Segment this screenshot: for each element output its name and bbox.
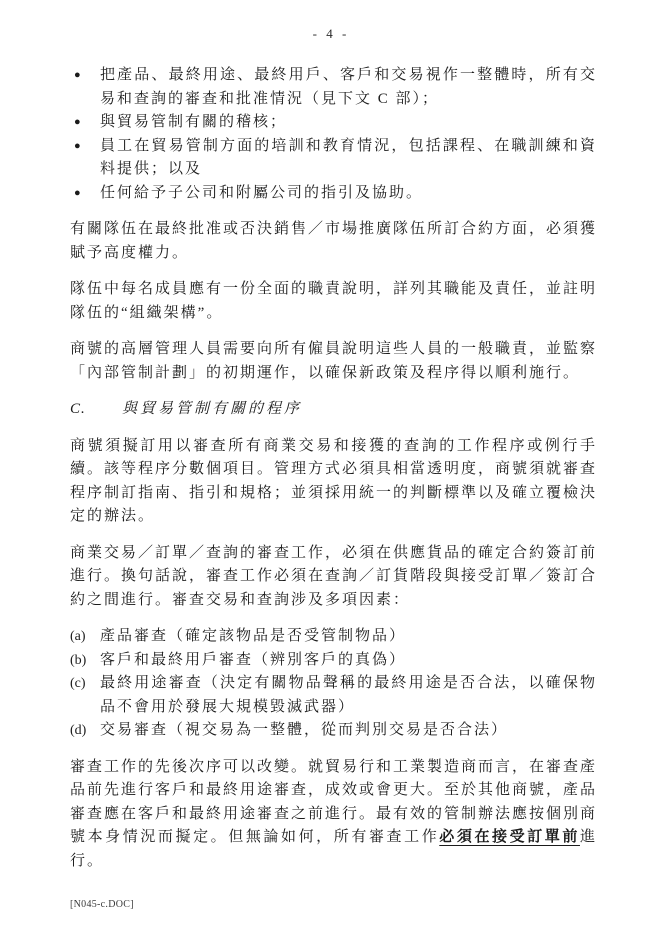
lettered-item-b: (b) 客戶和最終用戶審查（辨別客戶的真偽）	[70, 649, 597, 673]
bullet-item: ● 任何給予子公司和附屬公司的指引及協助。	[70, 182, 597, 206]
bullet-list: ● 把產品、最終用途、最終用戶、客戶和交易視作一整體時，所有交易和查詢的審查和批…	[70, 64, 597, 205]
bullet-icon: ●	[70, 64, 100, 88]
lettered-text: 最終用途審查（決定有關物品聲稱的最終用途是否合法，以確保物品不會用於發展大規模毀…	[100, 672, 597, 719]
section-c-heading: C. 與貿易管制有關的程序	[70, 398, 597, 422]
section-c-title: 與貿易管制有關的程序	[122, 398, 597, 422]
bullet-item: ● 把產品、最終用途、最終用戶、客戶和交易視作一整體時，所有交易和查詢的審查和批…	[70, 64, 597, 111]
lettered-text: 產品審查（確定該物品是否受管制物品）	[100, 625, 597, 649]
lettered-item-a: (a) 產品審查（確定該物品是否受管制物品）	[70, 625, 597, 649]
lettered-item-c: (c) 最終用途審查（決定有關物品聲稱的最終用途是否合法，以確保物品不會用於發展…	[70, 672, 597, 719]
paragraph-procedures: 商號須擬訂用以審查所有商業交易和接獲的查詢的工作程序或例行手續。該等程序分數個項…	[70, 435, 597, 529]
bullet-text: 把產品、最終用途、最終用戶、客戶和交易視作一整體時，所有交易和查詢的審查和批准情…	[100, 64, 597, 111]
paragraph-team-authority: 有關隊伍在最終批准或否決銷售／市場推廣隊伍所訂合約方面，必須獲賦予高度權力。	[70, 218, 597, 265]
page-number: - 4 -	[0, 26, 662, 42]
bullet-item: ● 員工在貿易管制方面的培訓和教育情況，包括課程、在職訓練和資料提供；以及	[70, 135, 597, 182]
lettered-item-d: (d) 交易審查（視交易為一整體，從而判別交易是否合法）	[70, 719, 597, 743]
lettered-text: 客戶和最終用戶審查（辨別客戶的真偽）	[100, 649, 597, 673]
paragraph-senior-management: 商號的高層管理人員需要向所有僱員說明這些人員的一般職責，並監察「內部管制計劃」的…	[70, 338, 597, 385]
bullet-icon: ●	[70, 182, 100, 206]
bullet-text: 與貿易管制有關的稽核；	[100, 111, 597, 135]
lettered-label: (d)	[70, 719, 100, 743]
paragraph-job-description: 隊伍中每名成員應有一份全面的職責說明，詳列其職能及責任，並註明隊伍的“組織架構”…	[70, 278, 597, 325]
lettered-list: (a) 產品審查（確定該物品是否受管制物品） (b) 客戶和最終用戶審查（辨別客…	[70, 625, 597, 743]
bullet-item: ● 與貿易管制有關的稽核；	[70, 111, 597, 135]
bullet-icon: ●	[70, 135, 100, 159]
document-content: ● 把產品、最終用途、最終用戶、客戶和交易視作一整體時，所有交易和查詢的審查和批…	[70, 64, 597, 886]
lettered-label: (c)	[70, 672, 100, 696]
bullet-text: 員工在貿易管制方面的培訓和教育情況，包括課程、在職訓練和資料提供；以及	[100, 135, 597, 182]
document-page: - 4 - ● 把產品、最終用途、最終用戶、客戶和交易視作一整體時，所有交易和查…	[0, 0, 662, 936]
paragraph-final: 審查工作的先後次序可以改變。就貿易行和工業製造商而言，在審查產品前先進行客戶和最…	[70, 756, 597, 874]
emphasis-underline-text: 必須在接受訂單前	[439, 829, 580, 845]
paragraph-screening-timing: 商業交易／訂單／查詢的審查工作，必須在供應貨品的確定合約簽訂前進行。換句話說，審…	[70, 542, 597, 613]
lettered-text: 交易審查（視交易為一整體，從而判別交易是否合法）	[100, 719, 597, 743]
section-c-label: C.	[70, 398, 122, 422]
lettered-label: (a)	[70, 625, 100, 649]
bullet-icon: ●	[70, 111, 100, 135]
bullet-text: 任何給予子公司和附屬公司的指引及協助。	[100, 182, 597, 206]
footer-filename: [N045-c.DOC]	[70, 899, 134, 910]
lettered-label: (b)	[70, 649, 100, 673]
